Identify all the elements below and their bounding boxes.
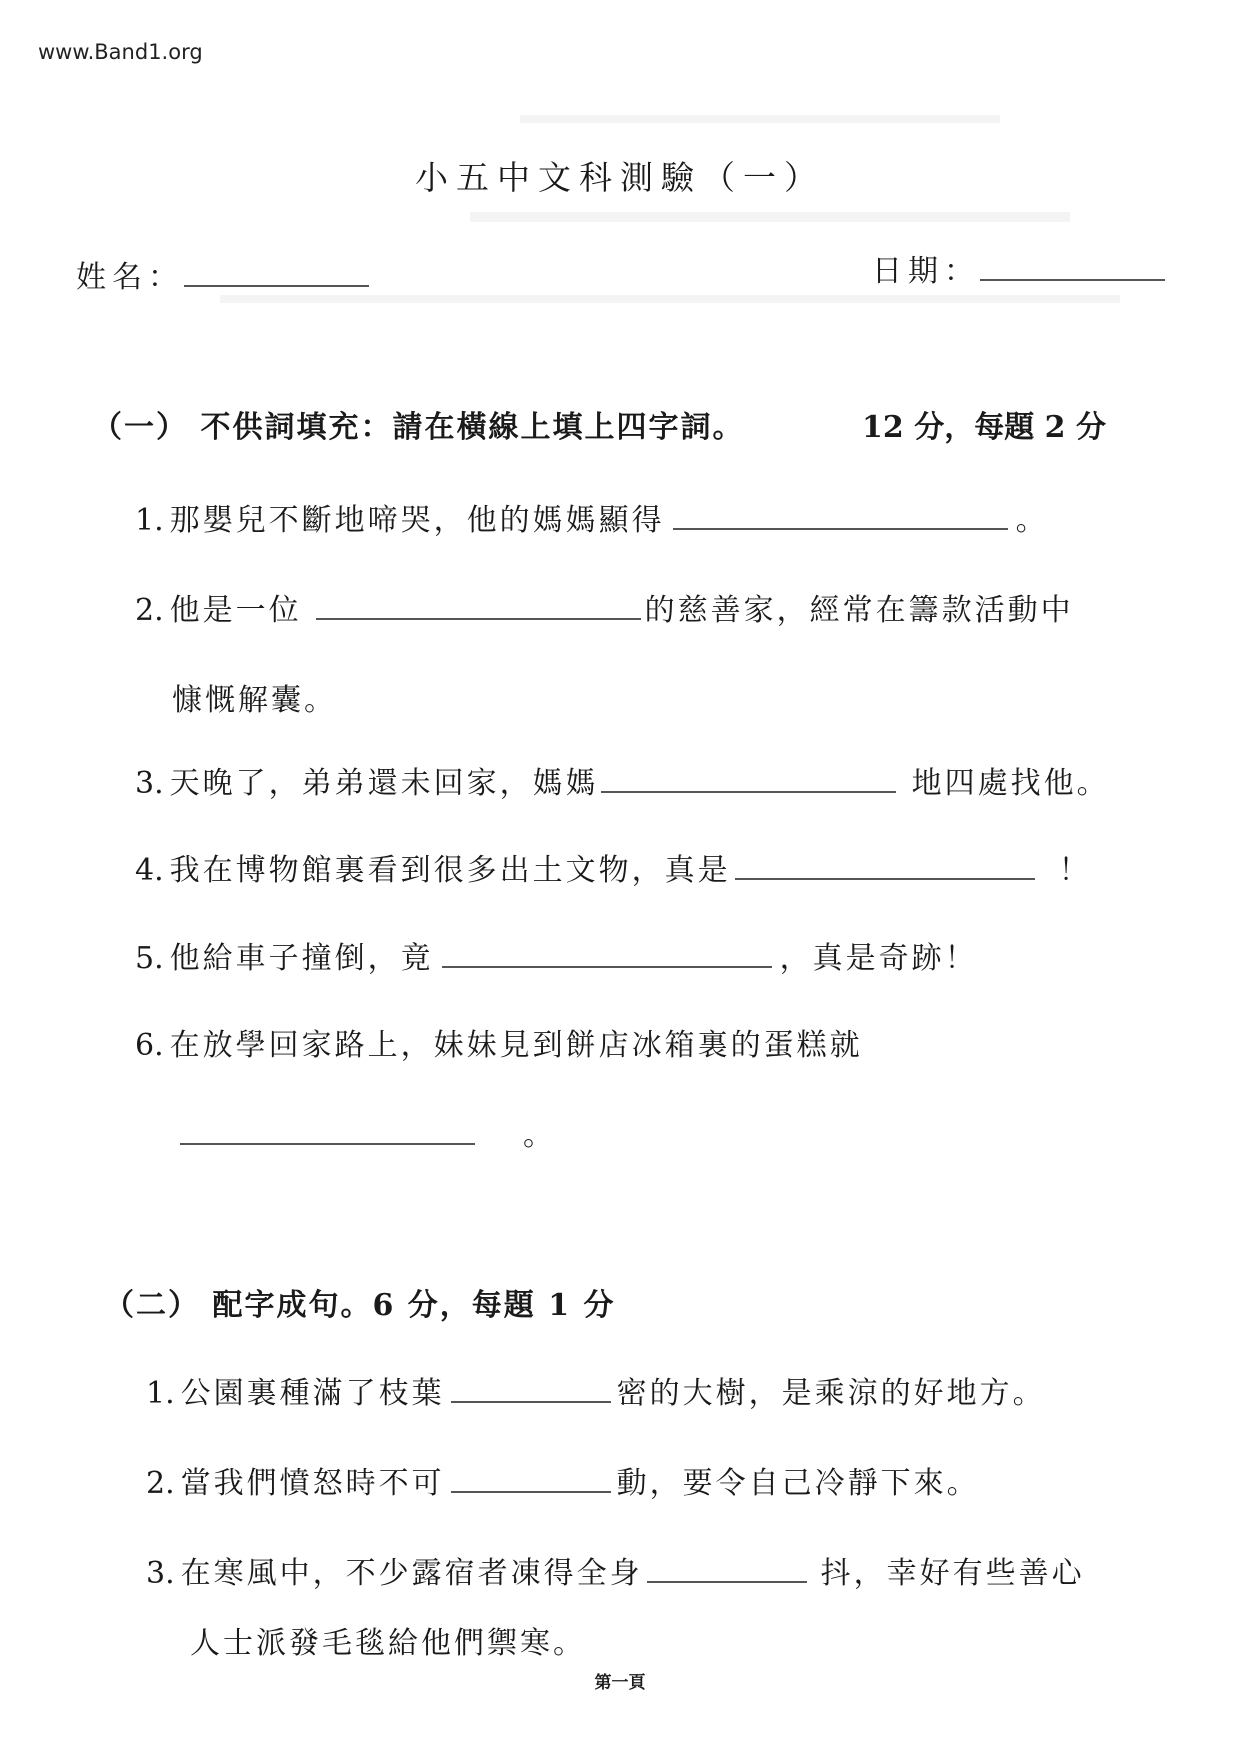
section-1-score: 12 分，每題 2 分: [862, 402, 1106, 446]
s1-q6-answer-line[interactable]: [180, 1142, 475, 1145]
s2-question-3-continuation: 人士派發毛毯給他們禦寒。: [190, 1618, 586, 1662]
s1-question-6: 6.在放學回家路上，妹妹見到餅店冰箱裏的蛋糕就: [135, 1020, 863, 1064]
s2-q3-answer-line[interactable]: [647, 1580, 807, 1583]
section-2-heading: （二） 配字成句。6 分，每題 1 分: [104, 1280, 616, 1324]
date-label: 日期：: [872, 254, 980, 289]
s1-q5-answer-line[interactable]: [442, 965, 772, 968]
s1-question-6-continuation: 。: [180, 1110, 556, 1154]
s2-q1-answer-line[interactable]: [451, 1400, 611, 1403]
s2-question-3: 3.在寒風中，不少露宿者凍得全身抖，幸好有些善心: [146, 1548, 1085, 1592]
name-answer-line[interactable]: [184, 284, 369, 287]
watermark: www.Band1.org: [38, 40, 203, 64]
s2-q2-answer-line[interactable]: [451, 1490, 611, 1493]
scan-artifact: [220, 295, 1120, 303]
s1-q4-answer-line[interactable]: [735, 877, 1035, 880]
s1-question-1: 1.那嬰兒不斷地啼哭，他的媽媽顯得。: [135, 495, 1049, 539]
page-title: 小五中文科測驗（一）: [0, 152, 1240, 199]
s1-question-2-continuation: 慷慨解囊。: [172, 675, 337, 719]
s1-question-5: 5.他給車子撞倒，竟，真是奇跡！: [135, 933, 978, 977]
s2-question-2: 2.當我們憤怒時不可動，要令自己冷靜下來。: [146, 1458, 980, 1502]
scan-artifact: [520, 115, 1000, 123]
name-field[interactable]: 姓名：: [76, 252, 369, 296]
s1-question-4: 4.我在博物館裏看到很多出土文物，真是！: [135, 845, 1092, 889]
scan-artifact: [470, 212, 1070, 222]
s1-question-3: 3.天晚了，弟弟還未回家，媽媽地四處找他。: [135, 758, 1110, 802]
s1-q3-answer-line[interactable]: [601, 790, 896, 793]
s1-q1-answer-line[interactable]: [673, 527, 1008, 530]
name-label: 姓名：: [76, 260, 184, 295]
section-1-heading: （一） 不供詞填充：請在橫線上填上四字詞。: [92, 402, 744, 446]
page-number: 第一頁: [0, 1668, 1240, 1693]
s2-question-1: 1.公園裏種滿了枝葉密的大樹，是乘涼的好地方。: [146, 1368, 1046, 1412]
date-field[interactable]: 日期：: [872, 246, 1165, 290]
s1-question-2: 2.他是一位的慈善家，經常在籌款活動中: [135, 585, 1074, 629]
date-answer-line[interactable]: [980, 278, 1165, 281]
s1-q2-answer-line[interactable]: [316, 617, 641, 620]
